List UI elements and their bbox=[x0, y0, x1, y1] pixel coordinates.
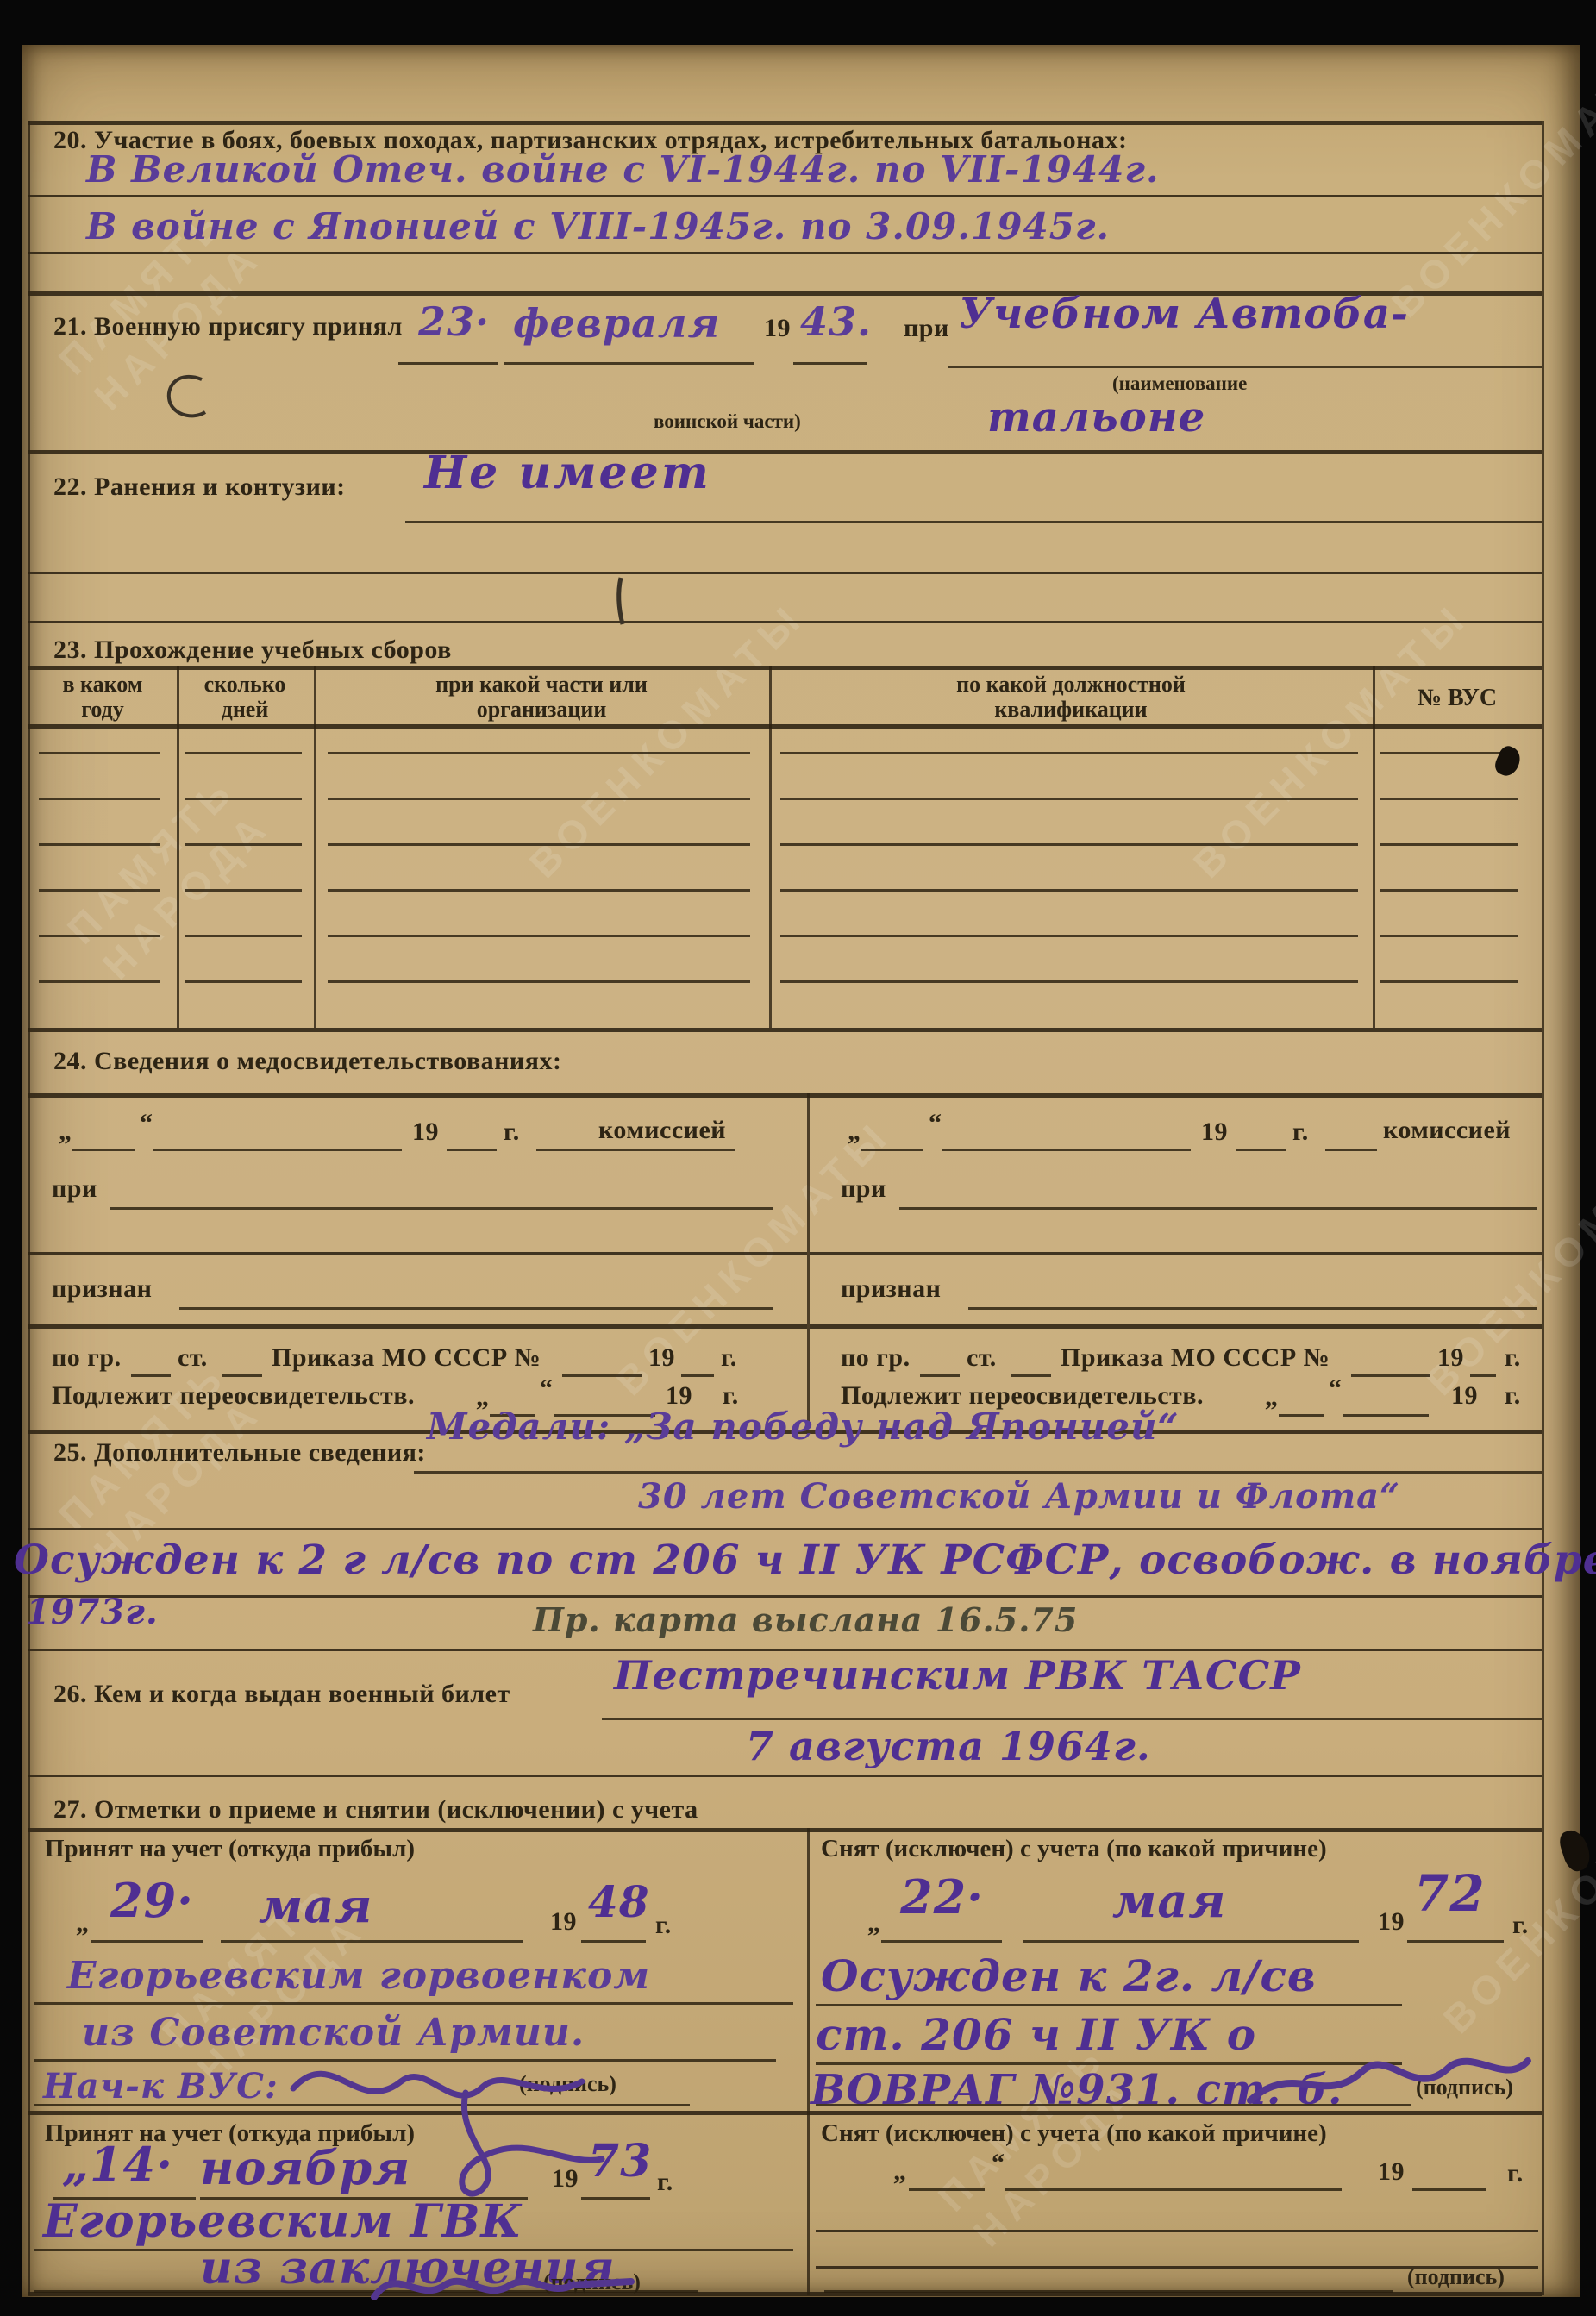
blank-underline bbox=[221, 1940, 523, 1943]
blank-underline bbox=[1470, 1374, 1496, 1377]
cell-removed2-header: Снят (исключен) с учета (по какой причин… bbox=[821, 2119, 1327, 2148]
table-column-rule bbox=[769, 666, 772, 1028]
empty-row-line bbox=[39, 935, 160, 937]
blank-underline bbox=[1351, 1374, 1430, 1377]
empty-row-line bbox=[1380, 889, 1518, 892]
empty-row-line bbox=[39, 752, 160, 754]
oath-year: 43. bbox=[800, 298, 872, 345]
blank-underline bbox=[398, 362, 498, 365]
grid-column-divider bbox=[807, 1828, 810, 2295]
quote-open: „ bbox=[76, 1909, 90, 1938]
col-header-year: в какомгоду bbox=[31, 673, 174, 722]
grid-top-rule bbox=[28, 1828, 1542, 1832]
blank-underline bbox=[793, 362, 867, 365]
printed-g: г. bbox=[1505, 1381, 1521, 1411]
blank-underline bbox=[1236, 1149, 1286, 1151]
section20-handwriting-line2: В войне с Японией с VIII-1945г. по 3.09.… bbox=[86, 205, 1110, 247]
section24-label: 24. Сведения о медосвидетельствованиях: bbox=[53, 1047, 561, 1076]
col-header-unit: при какой части илиорганизации bbox=[317, 673, 766, 722]
blank-underline bbox=[948, 366, 1542, 368]
blank-underline bbox=[1412, 2188, 1486, 2191]
empty-row-line bbox=[1380, 752, 1518, 754]
ruled-line bbox=[28, 1649, 1542, 1651]
empty-row-line bbox=[780, 935, 1358, 937]
ruled-line bbox=[810, 1324, 1542, 1329]
caption-naimenovanie: (наименование bbox=[1112, 372, 1247, 395]
printed-g: г. bbox=[1505, 1343, 1521, 1373]
blank-underline bbox=[1325, 1149, 1377, 1151]
section-divider bbox=[28, 450, 1542, 454]
ruled-line bbox=[816, 2230, 1538, 2232]
ruled-line bbox=[28, 1528, 1542, 1530]
printed-19: 19 bbox=[1201, 1117, 1228, 1147]
removed1-month: мая bbox=[1112, 1873, 1226, 1928]
blank-underline bbox=[131, 1374, 171, 1377]
printed-g: г. bbox=[721, 1343, 737, 1373]
oath-month: февраля bbox=[513, 300, 720, 347]
section22-label: 22. Ранения и контузии: bbox=[53, 473, 346, 502]
table-top-rule bbox=[28, 666, 1542, 670]
empty-row-line bbox=[780, 889, 1358, 892]
printed-g: г. bbox=[1292, 1117, 1309, 1147]
section26-label: 26. Кем и когда выдан военный билет bbox=[53, 1680, 510, 1709]
printed-priznan: признан bbox=[841, 1274, 941, 1304]
ruled-line bbox=[28, 1252, 807, 1255]
blank-underline bbox=[536, 1149, 735, 1151]
quote-close: “ bbox=[1329, 1374, 1343, 1404]
printed-19: 19 bbox=[764, 314, 791, 343]
printed-19: 19 bbox=[648, 1343, 675, 1373]
printed-pri: при bbox=[52, 1174, 97, 1204]
empty-row-line bbox=[1380, 843, 1518, 846]
blank-underline bbox=[1005, 2188, 1342, 2191]
form-right-rule bbox=[1542, 121, 1544, 2295]
signature-scribble bbox=[362, 2247, 638, 2314]
table-bottom-rule bbox=[28, 1028, 1542, 1032]
removed1-reason-line2: ст. 206 ч II УК о bbox=[816, 2009, 1256, 2060]
empty-row-line bbox=[780, 980, 1358, 983]
printed-19: 19 bbox=[1437, 1343, 1464, 1373]
ruled-line bbox=[28, 1775, 1542, 1777]
form-left-rule bbox=[28, 121, 30, 2295]
card-sent-note: Пр. карта выслана 16.5.75 bbox=[533, 1600, 1078, 1639]
printed-pri: при bbox=[841, 1174, 886, 1204]
printed-19: 19 bbox=[1378, 2157, 1405, 2187]
empty-row-line bbox=[328, 935, 750, 937]
quote-open: „ bbox=[848, 1117, 861, 1147]
table-header-rule bbox=[28, 724, 1542, 729]
printed-g: г. bbox=[655, 1911, 672, 1940]
blank-underline bbox=[581, 1940, 646, 1943]
blank-underline bbox=[179, 1307, 773, 1310]
scanned-military-record-page: ПАМЯТЬНАРОДА ВОЕНКОМАТЫ ПАМЯТЬНАРОДА ВОЕ… bbox=[0, 0, 1596, 2316]
empty-row-line bbox=[780, 798, 1358, 800]
accept1-month: мая bbox=[259, 1878, 372, 1933]
printed-pri: при bbox=[904, 314, 949, 343]
removed1-reason-line1: Осужден к 2г. л/св bbox=[821, 1950, 1317, 2001]
ruled-line bbox=[28, 572, 1542, 574]
table-column-rule bbox=[1373, 666, 1375, 1028]
printed-pogr: по гр. bbox=[52, 1343, 122, 1373]
ruled-line bbox=[28, 621, 1542, 623]
pen-mark bbox=[609, 576, 631, 626]
empty-row-line bbox=[185, 935, 302, 937]
accept1-day: 29· bbox=[110, 1873, 194, 1928]
blank-underline bbox=[222, 1374, 262, 1377]
blank-underline bbox=[1279, 1414, 1324, 1417]
blank-underline bbox=[824, 2290, 1393, 2293]
empty-row-line bbox=[185, 798, 302, 800]
empty-row-line bbox=[328, 752, 750, 754]
extra-info-line2: 30 лет Советской Армии и Флота“ bbox=[638, 1476, 1400, 1517]
quote-open: „ bbox=[59, 1117, 72, 1147]
extra-info-line3b: 1973г. bbox=[26, 1592, 159, 1632]
blank-underline bbox=[504, 362, 754, 365]
printed-19: 19 bbox=[1451, 1381, 1478, 1411]
accept1-year: 48 bbox=[588, 1876, 650, 1927]
empty-row-line bbox=[328, 980, 750, 983]
blank-underline bbox=[816, 2004, 1402, 2006]
accept1-from-line1: Егорьевским горвоенком bbox=[67, 1954, 650, 1998]
blank-underline bbox=[899, 1207, 1537, 1210]
wounds-answer: Не имеет bbox=[424, 447, 711, 499]
blank-underline bbox=[562, 1374, 642, 1377]
col-header-vus: № ВУС bbox=[1376, 685, 1538, 712]
blank-underline bbox=[1407, 1940, 1504, 1943]
signature-scribble bbox=[1242, 2018, 1535, 2121]
blank-underline bbox=[861, 1149, 923, 1151]
blank-underline bbox=[447, 1149, 497, 1151]
quote-close: “ bbox=[929, 1109, 942, 1138]
empty-row-line bbox=[185, 889, 302, 892]
section20-handwriting-line1: В Великой Отеч. войне с VI-1944г. по VII… bbox=[86, 148, 1160, 191]
empty-row-line bbox=[780, 752, 1358, 754]
blank-underline bbox=[153, 1149, 402, 1151]
empty-row-line bbox=[39, 980, 160, 983]
empty-row-line bbox=[1380, 798, 1518, 800]
cell-accept1-header: Принят на учет (откуда прибыл) bbox=[45, 1835, 415, 1863]
blank-underline bbox=[909, 2188, 985, 2191]
printed-prikaz: Приказа МО СССР № bbox=[272, 1343, 541, 1373]
caption-voinskoy-chasti: воинской части) bbox=[654, 410, 801, 433]
section27-label: 27. Отметки о приеме и снятии (исключени… bbox=[53, 1795, 698, 1825]
quote-close: “ bbox=[540, 1374, 554, 1404]
printed-g: г. bbox=[504, 1117, 520, 1147]
cell-removed1-header: Снят (исключен) с учета (по какой причин… bbox=[821, 1835, 1327, 1863]
accept1-chief-label: Нач-к ВУС: bbox=[43, 2066, 279, 2106]
blank-underline bbox=[681, 1374, 714, 1377]
section23-label: 23. Прохождение учебных сборов bbox=[53, 635, 452, 665]
printed-g: г. bbox=[1507, 2159, 1524, 2188]
table-column-rule bbox=[314, 666, 316, 1028]
empty-row-line bbox=[39, 843, 160, 846]
empty-row-line bbox=[39, 889, 160, 892]
oath-day: 23· bbox=[418, 298, 490, 345]
printed-19: 19 bbox=[550, 1907, 577, 1937]
empty-row-line bbox=[328, 843, 750, 846]
blank-underline bbox=[602, 1718, 1542, 1720]
section21-label: 21. Военную присягу принял bbox=[53, 312, 403, 341]
blank-underline bbox=[1343, 1414, 1429, 1417]
ruled-line bbox=[28, 1595, 1542, 1598]
empty-row-line bbox=[1380, 980, 1518, 983]
extra-info-line1: Медали: „За победу над Японией“ bbox=[427, 1405, 1180, 1448]
quote-open: „ bbox=[1265, 1383, 1279, 1412]
col-header-days: сколькодней bbox=[179, 673, 310, 722]
quote-open: „ bbox=[893, 2157, 907, 2187]
empty-row-line bbox=[185, 980, 302, 983]
printed-prikaz: Приказа МО СССР № bbox=[1061, 1343, 1330, 1373]
printed-g: г. bbox=[1512, 1911, 1529, 1940]
blank-underline bbox=[414, 1471, 1542, 1474]
printed-19: 19 bbox=[412, 1117, 439, 1147]
ruled-line bbox=[28, 195, 1542, 197]
blank-underline bbox=[881, 1940, 1002, 1943]
blank-underline bbox=[34, 2002, 793, 2005]
blank-underline bbox=[1023, 1940, 1359, 1943]
ruled-line bbox=[28, 1324, 807, 1329]
removed1-year: 72 bbox=[1414, 1864, 1486, 1923]
oath-unit-line2: тальоне bbox=[987, 393, 1205, 441]
blank-underline bbox=[920, 1374, 960, 1377]
medical-column-divider bbox=[807, 1093, 810, 1428]
oath-unit-line1: Учебном Автоба- bbox=[959, 290, 1409, 338]
quote-open: „ bbox=[867, 1909, 881, 1938]
blank-underline bbox=[942, 1149, 1191, 1151]
printed-komissiey: комиссией bbox=[1383, 1116, 1511, 1145]
section25-label: 25. Дополнительные сведения: bbox=[53, 1438, 426, 1468]
blank-underline bbox=[405, 521, 1542, 523]
signature-caption: (подпись) bbox=[1407, 2264, 1505, 2290]
accept2-day: „14· bbox=[62, 2137, 173, 2192]
empty-row-line bbox=[185, 752, 302, 754]
empty-row-line bbox=[185, 843, 302, 846]
empty-row-line bbox=[1380, 935, 1518, 937]
section-divider bbox=[28, 1093, 1542, 1098]
printed-st: ст. bbox=[178, 1343, 208, 1373]
ticket-issue-date: 7 августа 1964г. bbox=[746, 1723, 1151, 1769]
blank-underline bbox=[968, 1307, 1537, 1310]
printed-priznan: признан bbox=[52, 1274, 152, 1304]
col-header-qualification: по какой должностнойквалификации bbox=[773, 673, 1369, 722]
empty-row-line bbox=[328, 889, 750, 892]
printed-podlezhit: Подлежит переосвидетельств. bbox=[52, 1381, 415, 1411]
blank-underline bbox=[72, 1149, 135, 1151]
ruled-line bbox=[28, 252, 1542, 254]
form-top-rule bbox=[28, 121, 1542, 125]
pen-mark bbox=[162, 369, 214, 423]
removed1-day: 22· bbox=[900, 1869, 984, 1925]
extra-info-line3: Осужден к 2 г л/св по ст 206 ч II УК РСФ… bbox=[14, 1537, 1596, 1584]
printed-pogr: по гр. bbox=[841, 1343, 911, 1373]
ruled-line bbox=[810, 1252, 1542, 1255]
blank-underline bbox=[1011, 1374, 1051, 1377]
empty-row-line bbox=[328, 798, 750, 800]
quote-close: “ bbox=[992, 2149, 1005, 2178]
empty-row-line bbox=[780, 843, 1358, 846]
blank-underline bbox=[110, 1207, 773, 1210]
printed-st: ст. bbox=[967, 1343, 997, 1373]
blank-underline bbox=[91, 1940, 203, 1943]
ticket-issuer: Пестречинским РВК ТАССР bbox=[614, 1652, 1301, 1699]
printed-19: 19 bbox=[1378, 1907, 1405, 1937]
signature-scribble bbox=[285, 2037, 664, 2209]
empty-row-line bbox=[39, 798, 160, 800]
quote-close: “ bbox=[140, 1109, 153, 1138]
printed-komissiey: комиссией bbox=[598, 1116, 726, 1145]
